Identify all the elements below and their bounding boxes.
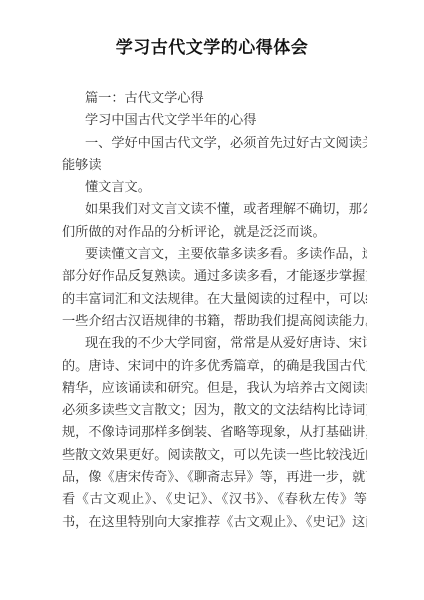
text-line: 精华，应该诵读和研究。但是，我认为培养古文阅读能力，: [62, 378, 367, 400]
text-line: 一、学好中国古代文学，必须首先过好古文阅读关，即: [62, 133, 367, 155]
text-line: 书，在这里特别向大家推荐《古文观止》、《史记》这两本: [62, 512, 367, 534]
text-line: 现在我的不少大学同窗，常常是从爱好唐诗、宋词开始: [62, 333, 367, 355]
text-line: 一些介绍古汉语规律的书籍，帮助我们提高阅读能力。: [62, 311, 367, 333]
text-line: 的丰富词汇和文法规律。在大量阅读的过程中，可以结合看: [62, 289, 367, 311]
text-line: 如果我们对文言文读不懂，或者理解不确切，那么，我: [62, 199, 367, 221]
text-line: 的。唐诗、宋词中的许多优秀篇章，的确是我国古代文学的: [62, 356, 367, 378]
text-line: 要读懂文言文，主要依靠多读多看。多读作品，选择一: [62, 244, 367, 266]
document-page: 学习古代文学的心得体会 篇一：古代文学心得 学习中国古代文学半年的心得 一、学好…: [0, 0, 424, 600]
text-line: 能够读: [62, 155, 367, 177]
text-line: 看《古文观止》、《史记》、《汉书》、《春秋左传》等: [62, 489, 367, 511]
document-body: 篇一：古代文学心得 学习中国古代文学半年的心得 一、学好中国古代文学，必须首先过…: [62, 88, 367, 534]
text-line: 们所做的对作品的分析评论，就是泛泛而谈。: [62, 222, 367, 244]
section-heading: 篇一：古代文学心得: [62, 88, 367, 110]
text-line: 必须多读些文言散文；因为，散文的文法结构比诗词更正: [62, 400, 367, 422]
text-line: 规，不像诗词那样多倒装、省略等现象，从打基础讲，多读: [62, 422, 367, 444]
document-title: 学习古代文学的心得体会: [0, 36, 424, 60]
text-line: 品，像《唐宋传奇》、《聊斋志异》等，再进一步，就可以: [62, 467, 367, 489]
subtitle-line: 学习中国古代文学半年的心得: [62, 110, 367, 132]
text-line: 懂文言文。: [62, 177, 367, 199]
text-line: 部分好作品反复熟读。通过多读多看，才能逐步掌握文言文: [62, 266, 367, 288]
text-line: 些散文效果更好。阅读散文，可以先读一些比较浅近的作: [62, 445, 367, 467]
